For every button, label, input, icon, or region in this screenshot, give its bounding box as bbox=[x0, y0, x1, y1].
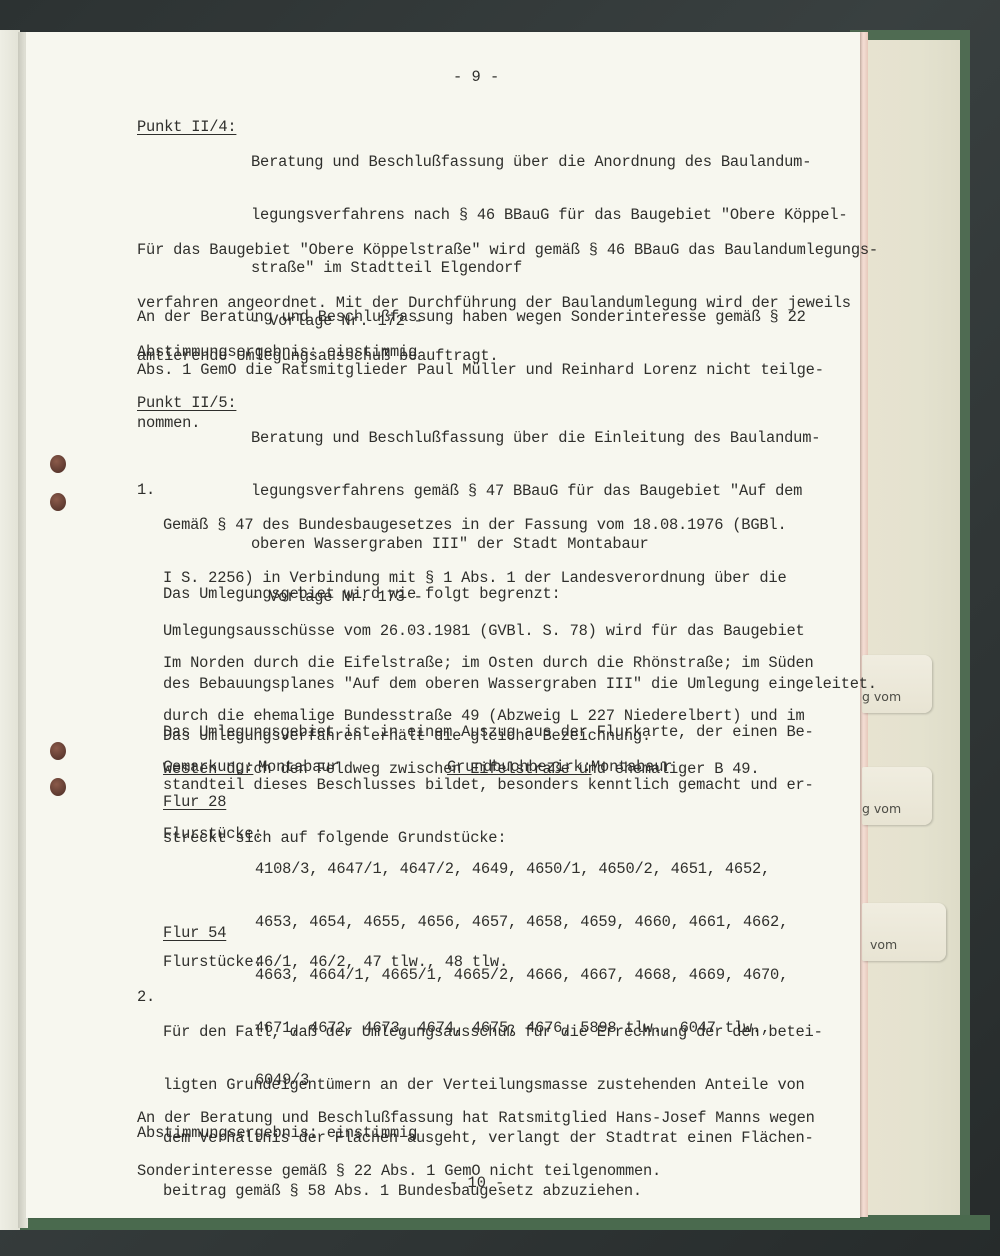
item-label: Punkt II/5: bbox=[137, 395, 236, 413]
flur-28-heading: Flur 28 bbox=[163, 794, 226, 812]
gemarkung-value: Montabaur bbox=[258, 759, 339, 777]
index-tab[interactable]: vom 986 IX bbox=[862, 903, 946, 961]
punch-hole bbox=[50, 493, 66, 511]
vote-result: Abstimmungsergebnis: einstimmig bbox=[137, 344, 417, 362]
boundary-intro: Das Umlegungsgebiet wird wie folgt begre… bbox=[163, 586, 561, 604]
point-number: 1. bbox=[137, 482, 155, 500]
point-number: 2. bbox=[137, 989, 155, 1007]
parcels-label: Flurstücke: bbox=[163, 826, 262, 844]
vote-result: Abstimmungsergebnis: einstimmig bbox=[137, 1125, 417, 1143]
grundbuch-label: Grundbuchbezirk: bbox=[447, 759, 592, 777]
punch-hole bbox=[50, 455, 66, 473]
previous-page-edge bbox=[0, 30, 20, 1230]
flur-54-heading: Flur 54 bbox=[163, 925, 226, 943]
gemarkung-label: Gemarkung: bbox=[163, 759, 253, 777]
page-number-top: - 9 - bbox=[453, 68, 499, 86]
parcels-label: Flurstücke: bbox=[163, 954, 262, 972]
page-number-bottom: - 10 - bbox=[449, 1174, 504, 1192]
item-label: Punkt II/4: bbox=[137, 119, 236, 137]
punch-hole bbox=[50, 742, 66, 760]
punch-hole bbox=[50, 778, 66, 796]
grundbuch-value: Montabaur bbox=[591, 759, 672, 777]
parcels-list: 46/1, 46/2, 47 tlw., 48 tlw. bbox=[255, 954, 508, 972]
index-tab[interactable]: g vom 1986 . IX bbox=[862, 767, 932, 825]
